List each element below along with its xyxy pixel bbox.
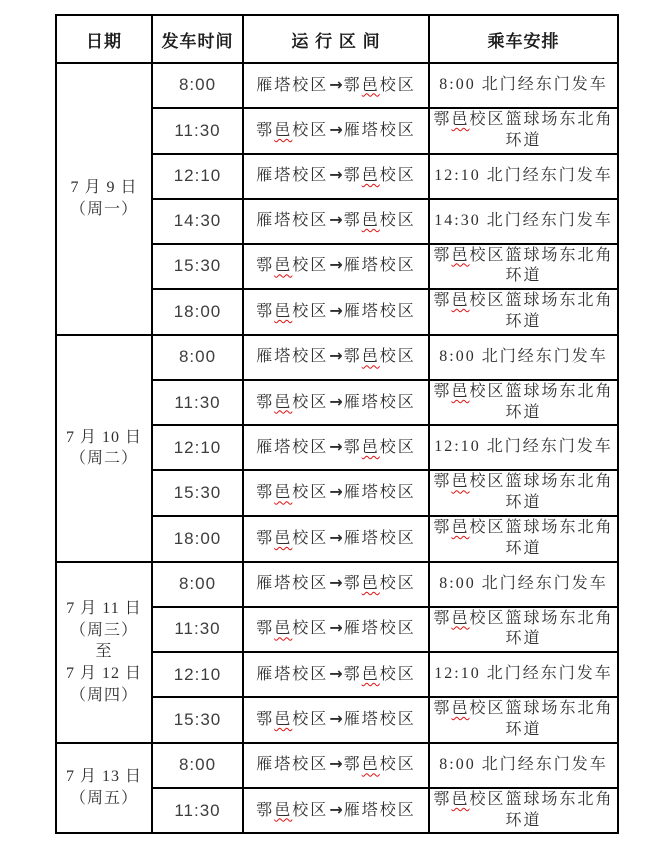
spellcheck-underline: 邑 bbox=[274, 802, 292, 819]
arrow-right-icon: → bbox=[328, 255, 343, 274]
arrangement-cell: 12:10 北门经东门发车 bbox=[429, 652, 618, 697]
arrangement-cell: 鄠邑校区篮球场东北角环道 bbox=[429, 607, 618, 653]
arrow-right-icon: → bbox=[328, 165, 343, 184]
spellcheck-underline: 邑 bbox=[451, 519, 469, 536]
route-cell: 鄠邑校区→雁塔校区 bbox=[243, 108, 429, 154]
bus-schedule-table: 日期发车时间运 行 区 间乘车安排 7 月 9 日（周一）8:00雁塔校区→鄠邑… bbox=[55, 14, 619, 834]
route-cell: 鄠邑校区→雁塔校区 bbox=[243, 470, 429, 516]
arrow-right-icon: → bbox=[328, 528, 343, 547]
route-cell: 雁塔校区→鄠邑校区 bbox=[243, 743, 429, 788]
arrow-right-icon: → bbox=[328, 392, 343, 411]
arrow-right-icon: → bbox=[328, 800, 343, 819]
date-cell: 7 月 9 日（周一） bbox=[56, 63, 152, 335]
arrow-right-icon: → bbox=[328, 618, 343, 637]
arrangement-cell: 14:30 北门经东门发车 bbox=[429, 199, 618, 244]
arrow-right-icon: → bbox=[328, 482, 343, 501]
arrow-right-icon: → bbox=[328, 437, 343, 456]
table-row: 7 月 9 日（周一）8:00雁塔校区→鄠邑校区8:00 北门经东门发车 bbox=[56, 63, 618, 108]
arrangement-cell: 鄠邑校区篮球场东北角环道 bbox=[429, 244, 618, 290]
departure-time-cell: 15:30 bbox=[152, 244, 243, 290]
column-header: 日期 bbox=[56, 15, 152, 63]
arrangement-cell: 8:00 北门经东门发车 bbox=[429, 562, 618, 607]
spellcheck-underline: 邑 bbox=[451, 247, 469, 264]
spellcheck-underline: 邑 bbox=[451, 610, 469, 627]
arrangement-cell: 鄠邑校区篮球场东北角环道 bbox=[429, 788, 618, 834]
arrangement-cell: 鄠邑校区篮球场东北角环道 bbox=[429, 516, 618, 562]
arrangement-cell: 鄠邑校区篮球场东北角环道 bbox=[429, 380, 618, 426]
spellcheck-underline: 邑 bbox=[362, 167, 380, 184]
arrow-right-icon: → bbox=[328, 754, 343, 773]
departure-time-cell: 18:00 bbox=[152, 516, 243, 562]
departure-time-cell: 8:00 bbox=[152, 562, 243, 607]
spellcheck-underline: 邑 bbox=[451, 383, 469, 400]
departure-time-cell: 12:10 bbox=[152, 652, 243, 697]
spellcheck-underline: 邑 bbox=[362, 756, 380, 773]
departure-time-cell: 12:10 bbox=[152, 154, 243, 199]
arrangement-cell: 鄠邑校区篮球场东北角环道 bbox=[429, 470, 618, 516]
spellcheck-underline: 邑 bbox=[362, 348, 380, 365]
arrangement-cell: 12:10 北门经东门发车 bbox=[429, 154, 618, 199]
spellcheck-underline: 邑 bbox=[274, 620, 292, 637]
schedule-page: 日期发车时间运 行 区 间乘车安排 7 月 9 日（周一）8:00雁塔校区→鄠邑… bbox=[55, 14, 619, 834]
arrangement-cell: 鄠邑校区篮球场东北角环道 bbox=[429, 108, 618, 154]
spellcheck-underline: 邑 bbox=[451, 791, 469, 808]
spellcheck-underline: 邑 bbox=[362, 439, 380, 456]
route-cell: 雁塔校区→鄠邑校区 bbox=[243, 652, 429, 697]
route-cell: 雁塔校区→鄠邑校区 bbox=[243, 425, 429, 470]
route-cell: 雁塔校区→鄠邑校区 bbox=[243, 199, 429, 244]
arrow-right-icon: → bbox=[328, 75, 343, 94]
route-cell: 鄠邑校区→雁塔校区 bbox=[243, 607, 429, 653]
departure-time-cell: 11:30 bbox=[152, 607, 243, 653]
arrow-right-icon: → bbox=[328, 120, 343, 139]
date-cell: 7 月 11 日（周三）至7 月 12 日（周四） bbox=[56, 562, 152, 743]
arrow-right-icon: → bbox=[328, 664, 343, 683]
spellcheck-underline: 邑 bbox=[451, 473, 469, 490]
date-cell: 7 月 10 日（周二） bbox=[56, 335, 152, 562]
arrangement-cell: 8:00 北门经东门发车 bbox=[429, 335, 618, 380]
table-body: 7 月 9 日（周一）8:00雁塔校区→鄠邑校区8:00 北门经东门发车11:3… bbox=[56, 63, 618, 833]
departure-time-cell: 11:30 bbox=[152, 380, 243, 426]
table-row: 7 月 11 日（周三）至7 月 12 日（周四）8:00雁塔校区→鄠邑校区8:… bbox=[56, 562, 618, 607]
column-header: 乘车安排 bbox=[429, 15, 618, 63]
table-row: 7 月 13 日（周五）8:00雁塔校区→鄠邑校区8:00 北门经东门发车 bbox=[56, 743, 618, 788]
table-header: 日期发车时间运 行 区 间乘车安排 bbox=[56, 15, 618, 63]
arrow-right-icon: → bbox=[328, 301, 343, 320]
spellcheck-underline: 邑 bbox=[274, 303, 292, 320]
arrangement-cell: 鄠邑校区篮球场东北角环道 bbox=[429, 697, 618, 743]
arrow-right-icon: → bbox=[328, 210, 343, 229]
spellcheck-underline: 邑 bbox=[362, 575, 380, 592]
departure-time-cell: 15:30 bbox=[152, 470, 243, 516]
arrangement-cell: 12:10 北门经东门发车 bbox=[429, 425, 618, 470]
arrangement-cell: 8:00 北门经东门发车 bbox=[429, 63, 618, 108]
route-cell: 鄠邑校区→雁塔校区 bbox=[243, 289, 429, 335]
departure-time-cell: 14:30 bbox=[152, 199, 243, 244]
departure-time-cell: 8:00 bbox=[152, 63, 243, 108]
table-row: 7 月 10 日（周二）8:00雁塔校区→鄠邑校区8:00 北门经东门发车 bbox=[56, 335, 618, 380]
spellcheck-underline: 邑 bbox=[451, 292, 469, 309]
spellcheck-underline: 邑 bbox=[274, 711, 292, 728]
spellcheck-underline: 邑 bbox=[451, 700, 469, 717]
departure-time-cell: 11:30 bbox=[152, 788, 243, 834]
route-cell: 雁塔校区→鄠邑校区 bbox=[243, 154, 429, 199]
spellcheck-underline: 邑 bbox=[274, 122, 292, 139]
spellcheck-underline: 邑 bbox=[362, 77, 380, 94]
spellcheck-underline: 邑 bbox=[274, 257, 292, 274]
spellcheck-underline: 邑 bbox=[274, 484, 292, 501]
route-cell: 雁塔校区→鄠邑校区 bbox=[243, 335, 429, 380]
departure-time-cell: 8:00 bbox=[152, 335, 243, 380]
route-cell: 雁塔校区→鄠邑校区 bbox=[243, 63, 429, 108]
arrow-right-icon: → bbox=[328, 573, 343, 592]
spellcheck-underline: 邑 bbox=[362, 212, 380, 229]
column-header: 运 行 区 间 bbox=[243, 15, 429, 63]
spellcheck-underline: 邑 bbox=[274, 394, 292, 411]
departure-time-cell: 8:00 bbox=[152, 743, 243, 788]
route-cell: 鄠邑校区→雁塔校区 bbox=[243, 516, 429, 562]
arrangement-cell: 8:00 北门经东门发车 bbox=[429, 743, 618, 788]
date-cell: 7 月 13 日（周五） bbox=[56, 743, 152, 834]
route-cell: 鄠邑校区→雁塔校区 bbox=[243, 788, 429, 834]
header-row: 日期发车时间运 行 区 间乘车安排 bbox=[56, 15, 618, 63]
route-cell: 鄠邑校区→雁塔校区 bbox=[243, 697, 429, 743]
arrow-right-icon: → bbox=[328, 346, 343, 365]
route-cell: 雁塔校区→鄠邑校区 bbox=[243, 562, 429, 607]
spellcheck-underline: 邑 bbox=[274, 530, 292, 547]
departure-time-cell: 12:10 bbox=[152, 425, 243, 470]
arrangement-cell: 鄠邑校区篮球场东北角环道 bbox=[429, 289, 618, 335]
departure-time-cell: 11:30 bbox=[152, 108, 243, 154]
route-cell: 鄠邑校区→雁塔校区 bbox=[243, 244, 429, 290]
spellcheck-underline: 邑 bbox=[451, 111, 469, 128]
arrow-right-icon: → bbox=[328, 709, 343, 728]
departure-time-cell: 15:30 bbox=[152, 697, 243, 743]
column-header: 发车时间 bbox=[152, 15, 243, 63]
route-cell: 鄠邑校区→雁塔校区 bbox=[243, 380, 429, 426]
spellcheck-underline: 邑 bbox=[362, 666, 380, 683]
departure-time-cell: 18:00 bbox=[152, 289, 243, 335]
